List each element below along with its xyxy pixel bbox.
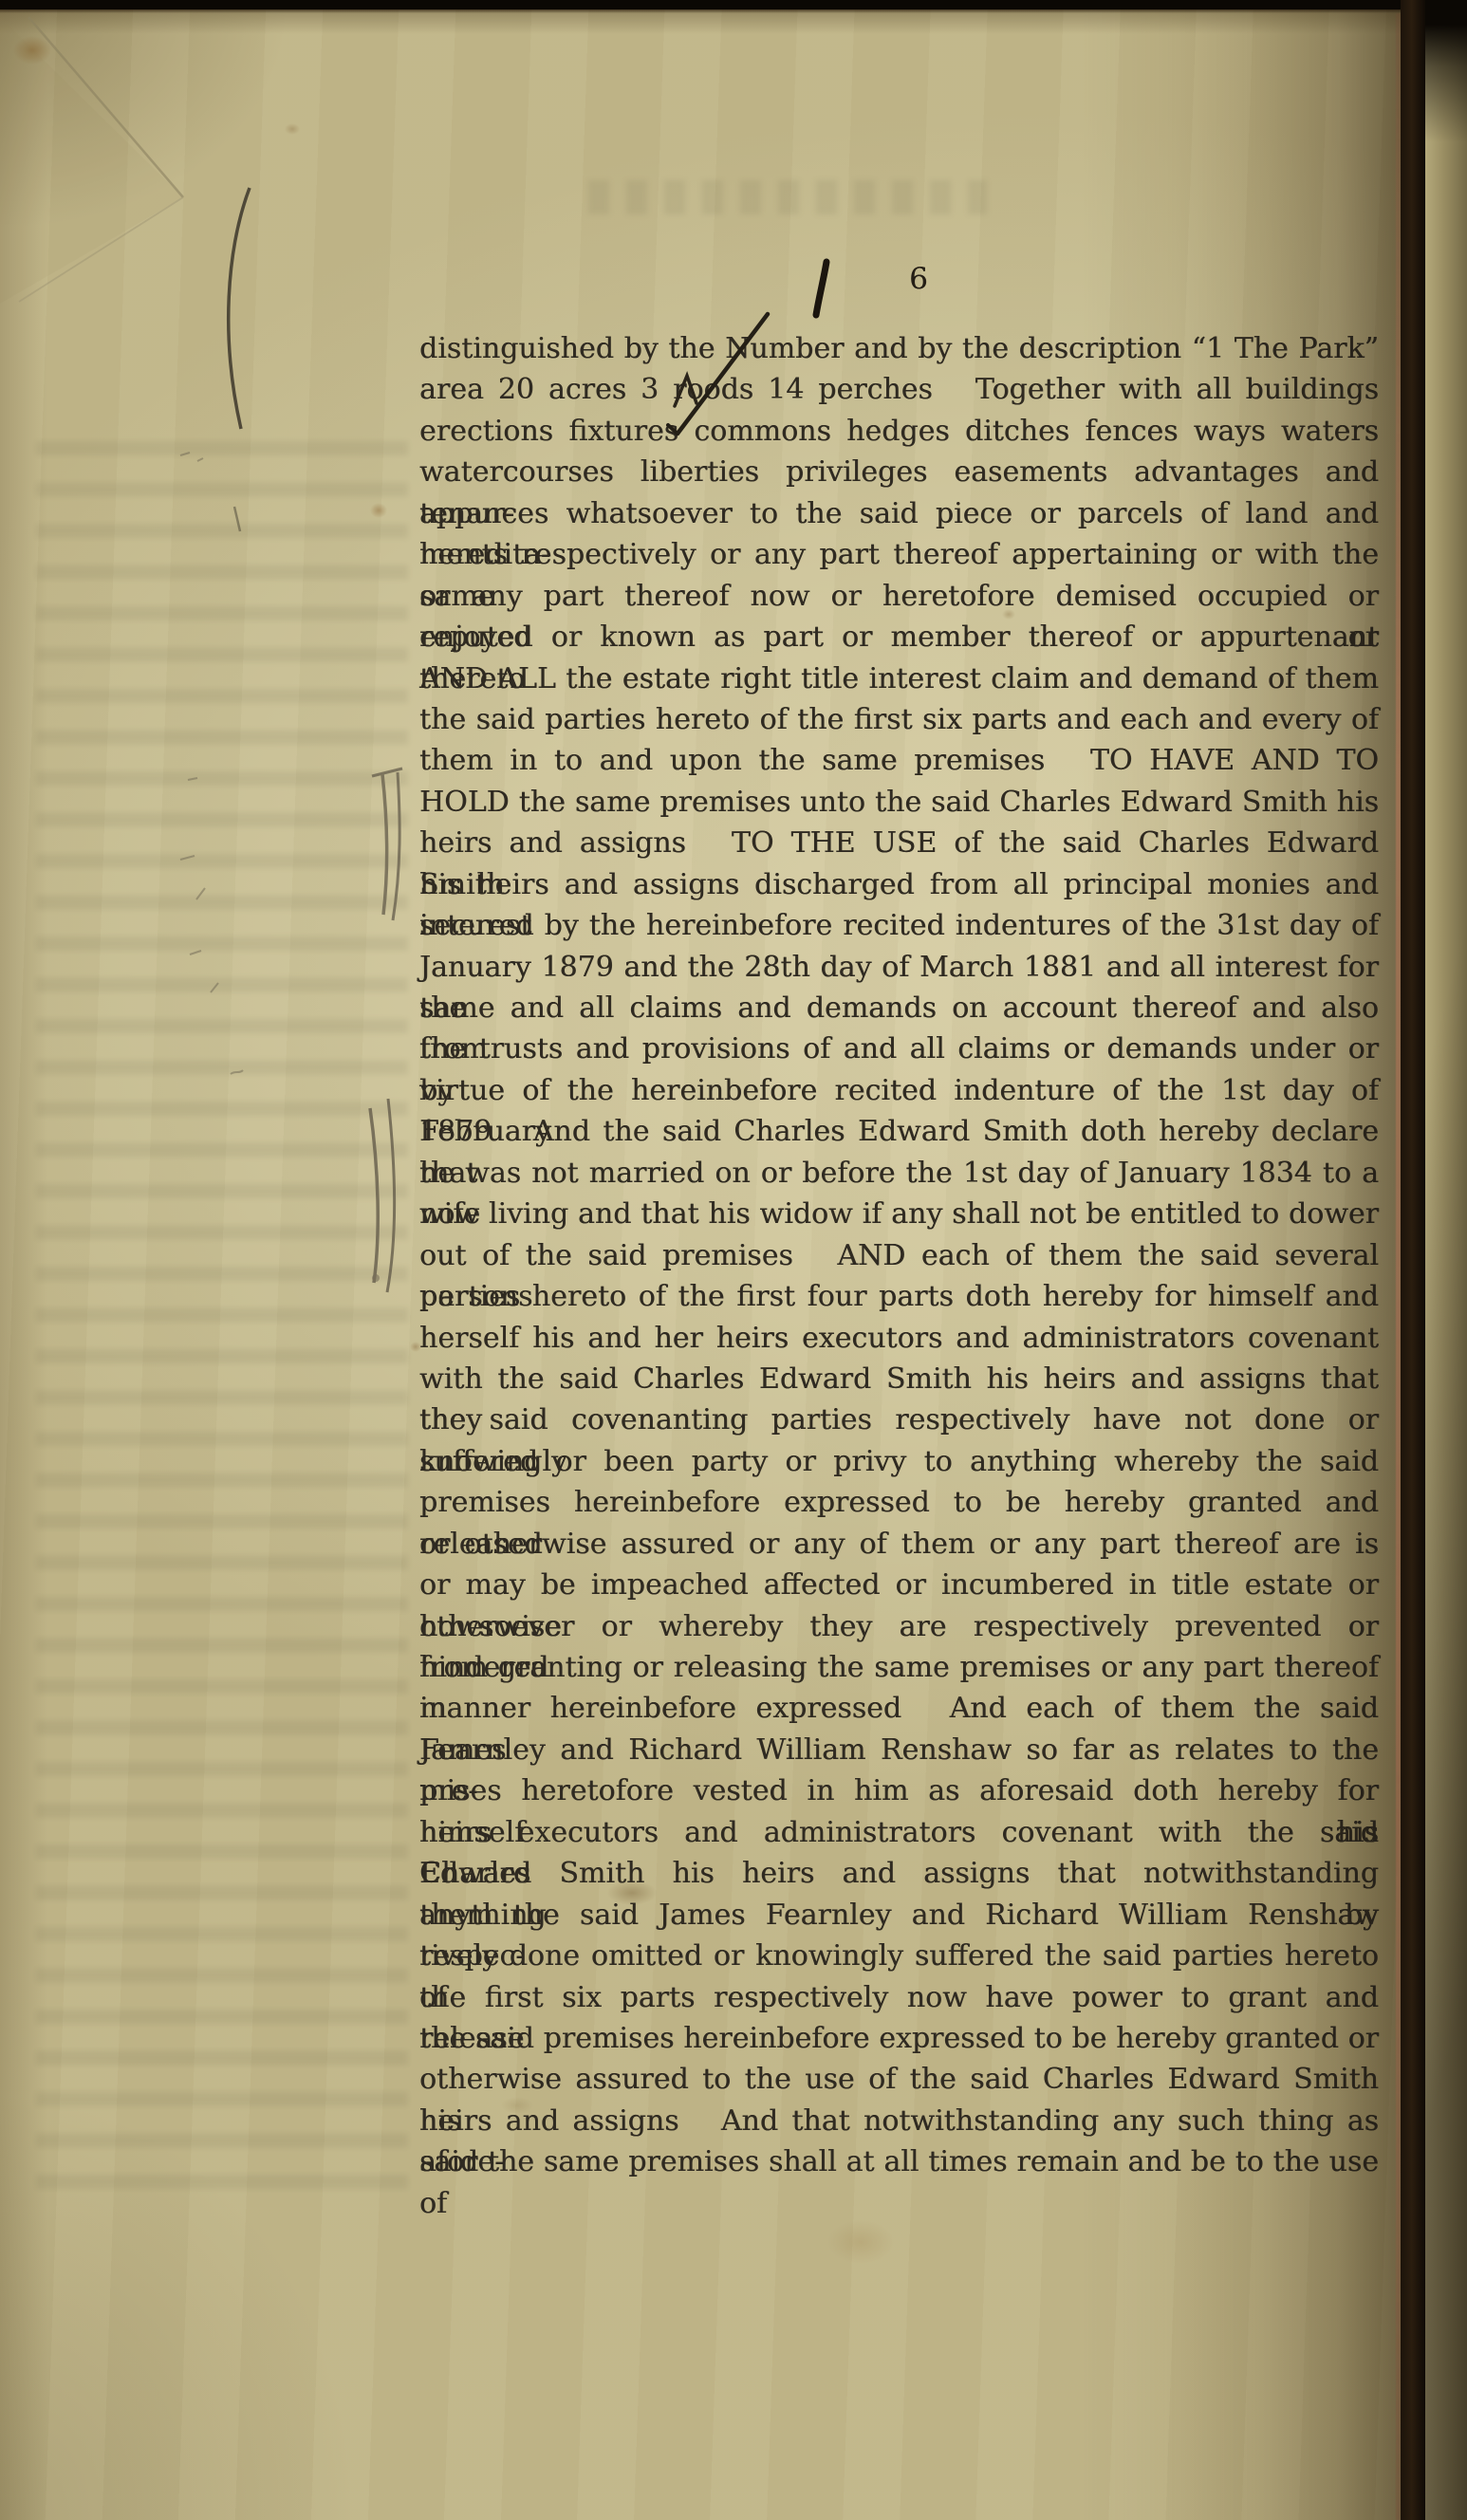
text-line: out of the said premises AND each of the… xyxy=(419,1235,1379,1276)
next-page-sliver xyxy=(1425,0,1467,2520)
scanned-book-photo: 6 distinguished by the Number and by the… xyxy=(0,0,1467,2520)
text-line: tenances whatsoever to the said piece or… xyxy=(419,493,1379,534)
text-line: ments respectively or any part thereof a… xyxy=(419,534,1379,575)
page-number: 6 xyxy=(898,262,939,296)
text-line: watercourses liberties privileges easeme… xyxy=(419,452,1379,492)
text-line: mises heretofore vested in him as afores… xyxy=(419,1770,1379,1811)
foxing-spot xyxy=(827,2220,894,2264)
text-line: distinguished by the Number and by the d… xyxy=(419,328,1379,369)
text-line: he was not married on or before the 1st … xyxy=(419,1153,1379,1194)
text-line: the trusts and provisions of and all cla… xyxy=(419,1028,1379,1069)
text-line: herself his and her heirs executors and … xyxy=(419,1318,1379,1359)
text-line: 1879 And the said Charles Edward Smith d… xyxy=(419,1111,1379,1152)
text-line: with the said Charles Edward Smith his h… xyxy=(419,1359,1379,1399)
text-line: the first six parts respectively now hav… xyxy=(419,1977,1379,2018)
text-line: heirs and assigns And that notwithstandi… xyxy=(419,2101,1379,2141)
text-line: Edward Smith his heirs and assigns that … xyxy=(419,1853,1379,1894)
text-line: the said parties hereto of the first six… xyxy=(419,699,1379,740)
text-line: otherwise assured to the use of the said… xyxy=(419,2059,1379,2100)
text-line: area 20 acres 3 roods 14 perches Togethe… xyxy=(419,369,1379,410)
text-line: now living and that his widow if any sha… xyxy=(419,1194,1379,1234)
text-line: Fearnley and Richard William Renshaw so … xyxy=(419,1730,1379,1770)
foxing-spot xyxy=(13,36,51,65)
deed-text-block: distinguished by the Number and by the d… xyxy=(419,328,1379,2183)
text-line: secured by the hereinbefore recited inde… xyxy=(419,905,1379,946)
book-gutter-shadow xyxy=(1401,0,1425,2520)
text-line: or otherwise assured or any of them or a… xyxy=(419,1524,1379,1565)
text-line: virtue of the hereinbefore recited inden… xyxy=(419,1070,1379,1111)
document-page: 6 distinguished by the Number and by the… xyxy=(0,9,1403,2520)
text-line: suffered or been party or privy to anyth… xyxy=(419,1441,1379,1482)
text-line: AND ALL the estate right title interest … xyxy=(419,658,1379,699)
text-line: HOLD the same premises unto the said Cha… xyxy=(419,782,1379,823)
text-line: erections fixtures commons hedges ditche… xyxy=(419,411,1379,452)
text-line: parties hereto of the first four parts d… xyxy=(419,1276,1379,1317)
text-line: premises hereinbefore expressed to be he… xyxy=(419,1482,1379,1523)
text-line: the said premises hereinbefore expressed… xyxy=(419,2018,1379,2059)
text-line: the said covenanting parties respectivel… xyxy=(419,1399,1379,1440)
text-line: or may be impeached affected or incumber… xyxy=(419,1565,1379,1605)
text-line: howsoever or whereby they are respective… xyxy=(419,1606,1379,1647)
text-line: heirs executors and administrators coven… xyxy=(419,1812,1379,1853)
text-line: January 1879 and the 28th day of March 1… xyxy=(419,947,1379,988)
text-line: reputed or known as part or member there… xyxy=(419,617,1379,658)
text-line: from granting or releasing the same prem… xyxy=(419,1647,1379,1688)
text-line: them in to and upon the same premises TO… xyxy=(419,740,1379,781)
bleed-through-ghost-text xyxy=(36,441,408,2196)
text-line: tively done omitted or knowingly suffere… xyxy=(419,1936,1379,1976)
text-line: manner hereinbefore expressed And each o… xyxy=(419,1688,1379,1729)
text-line: said the same premises shall at all time… xyxy=(419,2141,1379,2182)
text-line: them the said James Fearnley and Richard… xyxy=(419,1895,1379,1936)
text-line: his heirs and assigns discharged from al… xyxy=(419,864,1379,905)
text-line: or any part thereof now or heretofore de… xyxy=(419,576,1379,617)
text-line: same and all claims and demands on accou… xyxy=(419,988,1379,1028)
foxing-spot xyxy=(285,123,300,135)
bleed-through-ghost-text xyxy=(588,180,987,214)
text-line: heirs and assigns TO THE USE of the said… xyxy=(419,823,1379,863)
